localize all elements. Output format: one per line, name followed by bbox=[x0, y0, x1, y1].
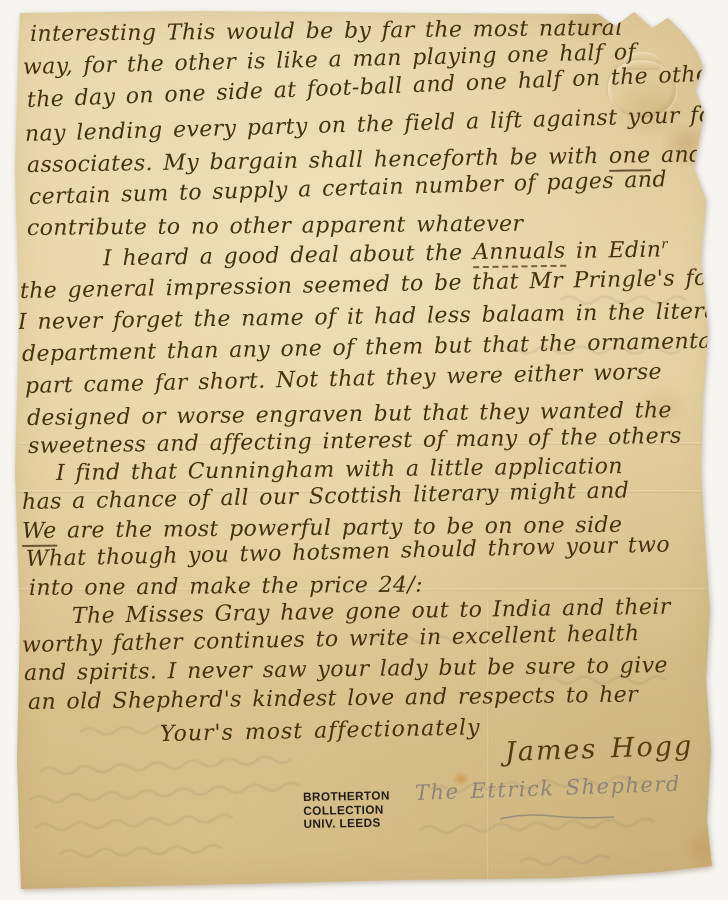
underlined-word: We bbox=[22, 519, 57, 547]
letter-line-22: and spirits. I never saw your lady but b… bbox=[24, 653, 668, 686]
letter-line-23: an old Shepherd's kindest love and respe… bbox=[28, 683, 638, 715]
brotherton-collection-stamp: BROTHERTON COLLECTION UNIV. LEEDS bbox=[303, 789, 392, 831]
letter-paper: interesting This would be by far the mos… bbox=[0, 0, 728, 900]
letter-line-12: part came far short. Not that they were … bbox=[25, 360, 663, 399]
paper-surface: interesting This would be by far the mos… bbox=[0, 0, 728, 900]
letter-line-7: contribute to no other apparent whatever bbox=[27, 212, 524, 241]
pencil-annotation: The Ettrick Shepherd bbox=[415, 772, 682, 805]
line-text: I heard a good deal about the bbox=[103, 241, 473, 272]
stain bbox=[684, 826, 718, 870]
letter-line-8: I heard a good deal about the Annuals in… bbox=[103, 237, 668, 271]
stamp-line: UNIV. LEEDS bbox=[303, 816, 390, 831]
underlined-word: Annuals bbox=[473, 239, 566, 268]
superscript: r bbox=[661, 237, 667, 252]
letter-line-19: into one and make the price 24/: bbox=[29, 573, 423, 601]
line-text: in Edin bbox=[565, 238, 661, 265]
pencil-underline bbox=[498, 812, 618, 824]
letter-line-9: the general impression seemed to be that… bbox=[20, 266, 719, 304]
line-text: and for a bbox=[650, 141, 728, 168]
signature-james-hogg: James Hogg bbox=[504, 730, 693, 768]
scan-background: interesting This would be by far the mos… bbox=[0, 0, 728, 900]
valediction: Your's most affectionately bbox=[160, 715, 481, 747]
